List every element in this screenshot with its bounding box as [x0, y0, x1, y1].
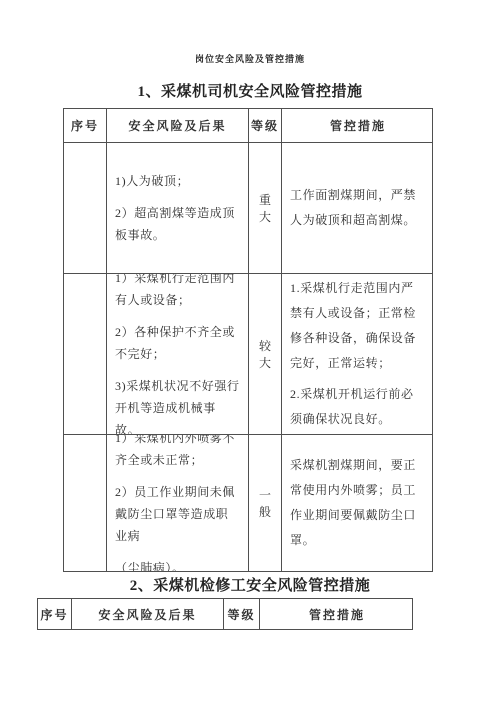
cell-measures: 工作面割煤期间，严禁人为破顶和超高割煤。 [281, 143, 434, 273]
table2-header-risk: 安全风险及后果 [71, 599, 223, 629]
table1-header-row: 序号 安全风险及后果 等级 管控措施 [64, 109, 432, 142]
cell-level: 一般 [248, 435, 281, 571]
cell-no [64, 143, 106, 273]
cell-measures: 1.采煤机行走范围内严禁有人或设备；正常检修各种设备，确保设备完好，正常运转； … [281, 274, 434, 434]
table1-header-measures: 管控措施 [281, 109, 434, 142]
cell-risk: 1）采煤机行走范围内有人或设备； 2）各种保护不齐全或不完好； 3)采煤机状况不… [106, 274, 248, 434]
table2-header-level: 等级 [223, 599, 259, 629]
table-row: 1）采煤机内外喷雾不齐全或未正常； 2）员工作业期间未佩戴防尘口罩等造成职业病 … [64, 434, 432, 571]
table2-header-measures: 管控措施 [259, 599, 414, 629]
cell-no [64, 435, 106, 571]
risk-line: （尘肺病）。 [115, 557, 240, 571]
table-row: 1）采煤机行走范围内有人或设备； 2）各种保护不齐全或不完好； 3)采煤机状况不… [64, 273, 432, 434]
page-header-text: 岗位安全风险及管控措施 [0, 52, 500, 65]
risk-line: 2）员工作业期间未佩戴防尘口罩等造成职业病 [115, 481, 240, 547]
table1-header-no: 序号 [64, 109, 106, 142]
measure-line: 工作面割煤期间，严禁人为破顶和超高割煤。 [290, 183, 426, 233]
risk-line: 1）采煤机行走范围内有人或设备； [115, 274, 240, 311]
risk-line: 2）各种保护不齐全或不完好； [115, 321, 240, 365]
cell-risk: 1)人为破顶； 2）超高割煤等造成顶板事故。 [106, 143, 248, 273]
cell-level: 重大 [248, 143, 281, 273]
table1-header-risk: 安全风险及后果 [106, 109, 248, 142]
risk-line: 1)人为破顶； [115, 170, 240, 192]
section1-title: 1、采煤机司机安全风险管控措施 [0, 80, 500, 101]
cell-no [64, 274, 106, 434]
document-page: 岗位安全风险及管控措施 1、采煤机司机安全风险管控措施 序号 安全风险及后果 等… [0, 0, 500, 707]
section1-table: 序号 安全风险及后果 等级 管控措施 1)人为破顶； 2）超高割煤等造成顶板事故… [63, 108, 433, 572]
risk-line: 2）超高割煤等造成顶板事故。 [115, 202, 240, 246]
table2-header-no: 序号 [38, 599, 71, 629]
cell-level: 较大 [248, 274, 281, 434]
table-row: 1)人为破顶； 2）超高割煤等造成顶板事故。 重大 工作面割煤期间，严禁人为破顶… [64, 142, 432, 273]
section2-title: 2、采煤机检修工安全风险管控措施 [0, 574, 500, 595]
measure-line: 1.采煤机行走范围内严禁有人或设备；正常检修各种设备，确保设备完好，正常运转； [290, 276, 426, 376]
measure-line: 采煤机割煤期间，要正常使用内外喷雾；员工作业期间要佩戴防尘口罩。 [290, 453, 426, 553]
cell-risk: 1）采煤机内外喷雾不齐全或未正常； 2）员工作业期间未佩戴防尘口罩等造成职业病 … [106, 435, 248, 571]
section2-table: 序号 安全风险及后果 等级 管控措施 [37, 598, 413, 630]
table1-header-level: 等级 [248, 109, 281, 142]
table2-header-row: 序号 安全风险及后果 等级 管控措施 [38, 599, 412, 629]
risk-line: 1）采煤机内外喷雾不齐全或未正常； [115, 435, 240, 471]
cell-measures: 采煤机割煤期间，要正常使用内外喷雾；员工作业期间要佩戴防尘口罩。 [281, 435, 434, 571]
measure-line: 2.采煤机开机运行前必须确保状况良好。 [290, 382, 426, 432]
risk-line: 3)采煤机状况不好强行开机等造成机械事故。 [115, 375, 240, 434]
